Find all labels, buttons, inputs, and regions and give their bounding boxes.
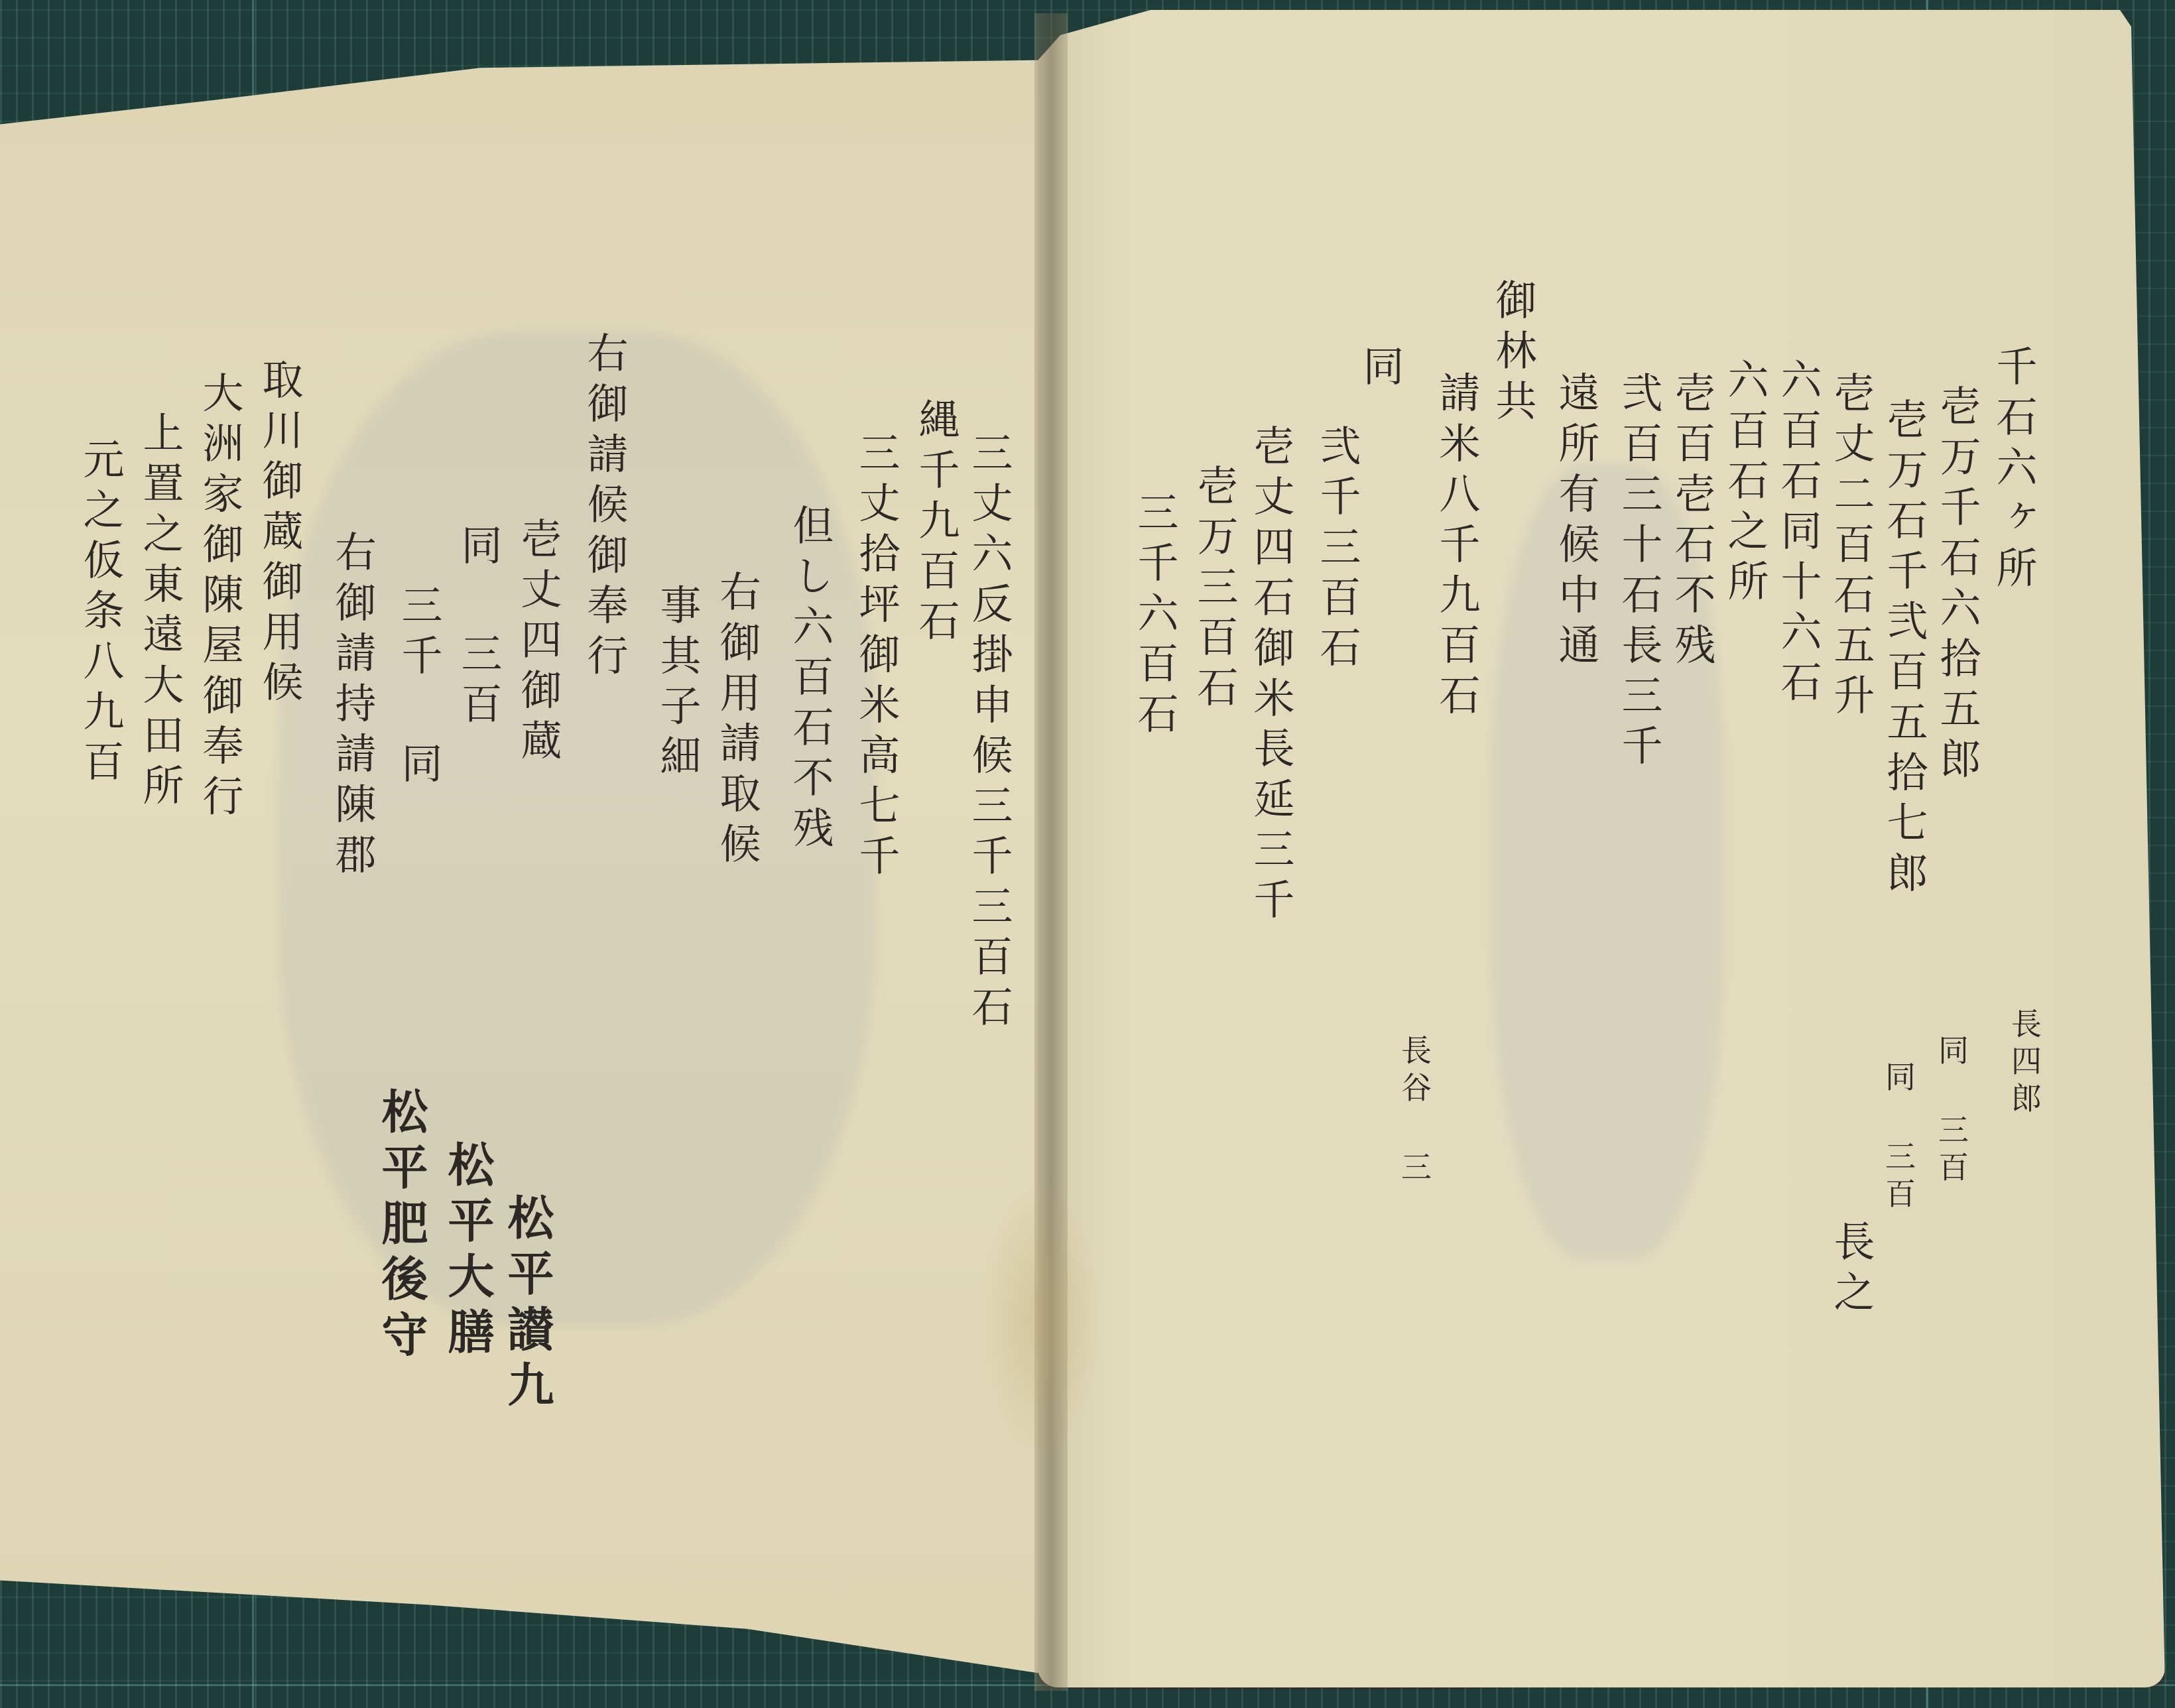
text-column: 三千 同 [398, 583, 439, 792]
text-column: 御林共 [1492, 278, 1533, 430]
margin-note: 同 三百 [1883, 1061, 1914, 1215]
name-note: 松平肥後守 [378, 1087, 424, 1366]
text-column: 長之 [1830, 1220, 1871, 1321]
text-column: 但し六百石不残 [789, 504, 830, 857]
text-column: 大洲家御陳屋御奉行 [199, 371, 240, 825]
text-column: 六百石同十六石 [1777, 358, 1818, 711]
text-column: 壱丈四石御米長延三千 [1250, 424, 1291, 928]
text-column: 壱万三百石 [1194, 464, 1235, 716]
text-column: 元之仮条八九百 [80, 438, 121, 790]
text-column: 壱丈二百石五升 [1830, 371, 1871, 724]
text-column: 弐千三百石 [1316, 424, 1357, 676]
text-column: 三丈拾坪御米高七千 [855, 431, 897, 884]
name-note: 松平讃九 [504, 1193, 550, 1416]
margin-note: 長四郎 [2009, 1008, 2040, 1119]
margin-note: 同 三百 [1936, 1034, 1967, 1188]
text-column: 縄千九百石 [915, 398, 956, 650]
text-column: 千石六ヶ所 [1993, 345, 2034, 597]
text-column: 右御用請取候 [716, 570, 757, 873]
name-note: 松平大膳 [444, 1140, 491, 1363]
text-column: 右御請候御奉行 [584, 332, 625, 684]
text-column: 同 [1359, 345, 1400, 395]
water-stain [981, 1180, 1101, 1459]
text-column: 事其子細 [656, 583, 698, 785]
text-column: 壱万石千弐百五拾七郎 [1883, 398, 1924, 902]
text-column: 三千六百石 [1134, 491, 1175, 743]
text-column: 壱万千石六拾五郎 [1936, 385, 1977, 788]
text-column: 遠所有候中通 [1555, 371, 1596, 674]
text-column: 請米八千九百石 [1436, 371, 1477, 724]
text-column: 三丈六反掛申候三千三百石 [968, 431, 1009, 1036]
text-column: 取川御蔵御用候 [259, 358, 300, 711]
text-column: 壱丈四御蔵 [517, 517, 558, 769]
text-column: 六百石之所 [1724, 358, 1765, 610]
text-column: 壱百壱石不残 [1671, 371, 1712, 674]
text-column: 弐百三十石長三千 [1618, 371, 1659, 774]
text-column: 右御請持請陳郡 [332, 530, 373, 883]
text-column: 同 三百 [458, 524, 499, 733]
text-column: 上置之東遠大田所 [139, 411, 180, 814]
margin-note: 長谷 三 [1399, 1034, 1430, 1188]
